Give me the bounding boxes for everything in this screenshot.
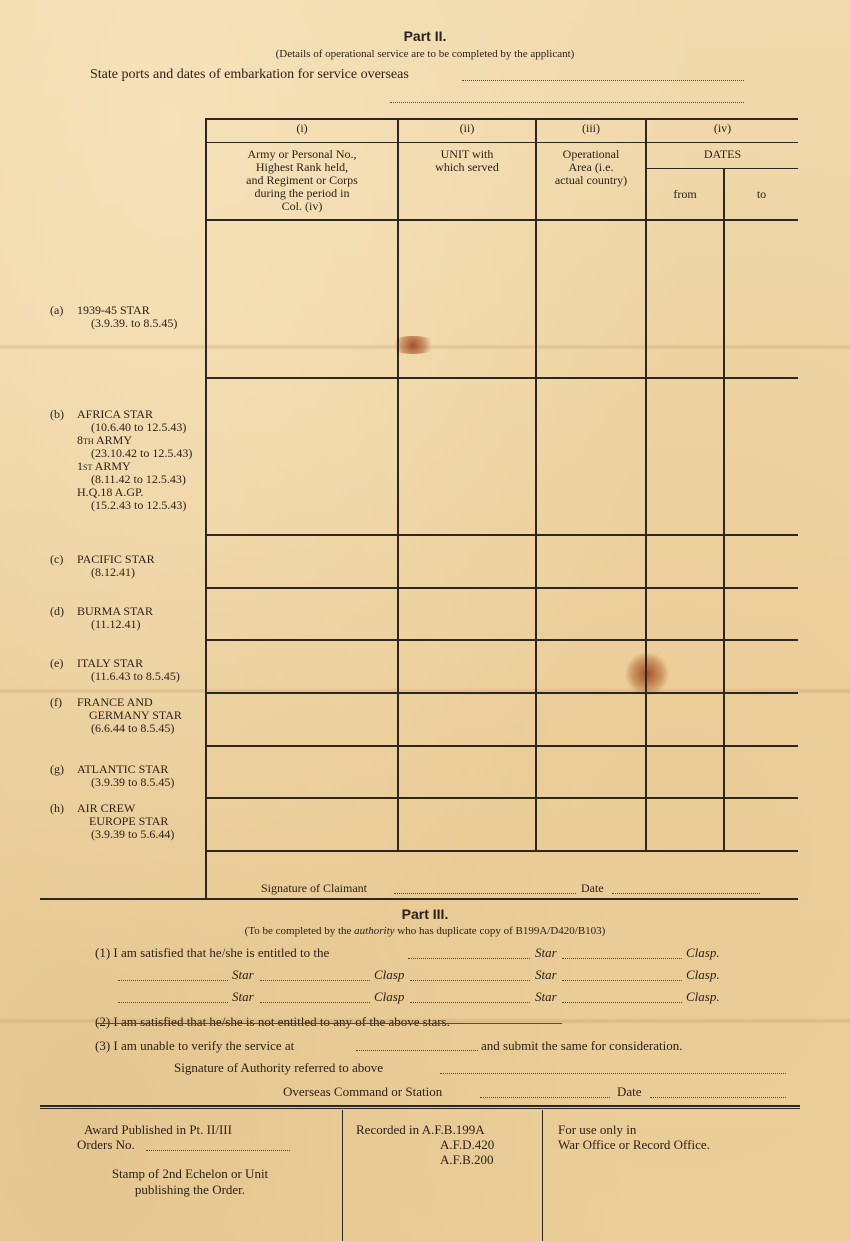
part3-title: Part III. <box>0 906 850 922</box>
header-line: Col. (iv) <box>207 200 397 213</box>
medal-name: ATLANTIC STAR <box>77 762 168 776</box>
rust-stain <box>624 652 670 696</box>
orders-no-field[interactable] <box>146 1150 290 1151</box>
subtitle-text: who has duplicate copy of B199A/D420/B10… <box>395 925 606 937</box>
col-header-army-no: Army or Personal No., Highest Rank held,… <box>207 148 397 213</box>
col-header-unit: UNIT with which served <box>399 148 535 174</box>
row-separator <box>207 587 798 589</box>
col-header-dates: DATES <box>647 148 798 161</box>
orders-no-label: Orders No. <box>77 1138 135 1152</box>
row-letter: (f) <box>50 696 62 709</box>
item1-text: (1) I am satisfied that he/she is entitl… <box>95 946 329 960</box>
medal-name: PACIFIC STAR <box>77 552 155 566</box>
office-use-label: War Office or Record Office. <box>558 1138 710 1152</box>
clasp-field-1[interactable] <box>562 958 682 959</box>
row-separator <box>207 377 798 379</box>
col-header-to: to <box>725 188 798 201</box>
row-letter: (e) <box>50 657 63 670</box>
clasp-label: Clasp. <box>686 968 720 982</box>
row-letter: (c) <box>50 553 63 566</box>
subtitle-text: (To be completed by the <box>245 925 355 937</box>
clasp-label: Clasp <box>374 990 404 1004</box>
part-divider <box>40 898 798 900</box>
footer-rule-top <box>40 1105 800 1107</box>
footer-divider <box>542 1110 543 1241</box>
footer-rule-bottom <box>40 1108 800 1109</box>
table-top-border <box>205 118 798 120</box>
award-published-label: Award Published in Pt. II/III <box>84 1123 232 1137</box>
stamp-area[interactable] <box>44 1200 340 1240</box>
row-letter: (g) <box>50 763 64 776</box>
clasp-field-4[interactable] <box>260 1002 370 1003</box>
row-separator <box>207 692 798 694</box>
clasp-field-3[interactable] <box>562 980 682 981</box>
cell-a-army-no[interactable] <box>207 221 397 377</box>
col-number-i: (i) <box>207 122 397 135</box>
command-date-field[interactable] <box>650 1097 786 1098</box>
item3-text: (3) I am unable to verify the service at <box>95 1039 294 1053</box>
star-label: Star <box>232 968 254 982</box>
row-separator <box>207 534 798 536</box>
medal-dates: (11.12.41) <box>77 618 153 631</box>
clasp-label: Clasp. <box>686 946 720 960</box>
item2-strikethrough <box>96 1023 562 1024</box>
stamp-label: Stamp of 2nd Echelon or Unit publishing … <box>40 1167 340 1197</box>
medal-dates: (8.12.41) <box>77 566 155 579</box>
cell-a-unit[interactable] <box>399 221 535 377</box>
authority-signature-label: Signature of Authority referred to above <box>174 1061 383 1075</box>
claimant-date-label: Date <box>581 882 604 895</box>
star-field-4[interactable] <box>118 1002 228 1003</box>
cell-a-from[interactable] <box>647 221 723 377</box>
cell-a-to[interactable] <box>725 221 798 377</box>
medal-name: AFRICA STAR <box>77 407 153 421</box>
medal-dates: (6.6.44 to 8.5.45) <box>77 722 182 735</box>
star-field-3[interactable] <box>410 980 530 981</box>
header-divider <box>207 142 798 143</box>
embarkation-field-line2[interactable] <box>390 102 744 103</box>
stamp-line: Stamp of 2nd Echelon or Unit <box>40 1167 340 1181</box>
medal-name: AIR CREW <box>77 801 135 815</box>
command-label: Overseas Command or Station <box>283 1085 442 1099</box>
item3-text-cont: and submit the same for consideration. <box>481 1039 682 1053</box>
medal-name: BURMA STAR <box>77 604 153 618</box>
authority-signature-field[interactable] <box>440 1073 786 1074</box>
row-separator <box>207 850 798 852</box>
claimant-signature-field[interactable] <box>394 893 576 894</box>
recorded-in-label: Recorded in A.F.B.199A <box>356 1123 485 1137</box>
recorded-form: A.F.B.200 <box>440 1153 494 1167</box>
star-field-2[interactable] <box>118 980 228 981</box>
embarkation-field[interactable] <box>462 80 744 81</box>
claimant-date-field[interactable] <box>612 893 760 894</box>
clasp-field-2[interactable] <box>260 980 370 981</box>
service-at-field[interactable] <box>356 1050 478 1051</box>
row-separator <box>207 639 798 641</box>
row-letter: (d) <box>50 605 64 618</box>
col-number-iv: (iv) <box>647 122 798 135</box>
medal-dates: (11.6.43 to 8.5.45) <box>77 670 180 683</box>
row-separator <box>207 797 798 799</box>
row-separator <box>207 745 798 747</box>
col-number-ii: (ii) <box>399 122 535 135</box>
medal-dates: (3.9.39 to 8.5.45) <box>77 776 174 789</box>
embarkation-label: State ports and dates of embarkation for… <box>90 67 409 83</box>
medal-dates: (3.9.39 to 5.6.44) <box>77 828 174 841</box>
row-letter: (b) <box>50 408 64 421</box>
star-label: Star <box>535 990 557 1004</box>
header-line: actual country) <box>537 174 645 187</box>
clasp-label: Clasp <box>374 968 404 982</box>
item2-text: (2) I am satisfied that he/she is not en… <box>95 1015 450 1029</box>
subtitle-emphasis: authority <box>354 925 394 937</box>
footer-divider <box>342 1110 343 1241</box>
star-field-5[interactable] <box>410 1002 530 1003</box>
star-label: Star <box>535 968 557 982</box>
medal-dates: (3.9.39. to 8.5.45) <box>77 317 177 330</box>
command-date-label: Date <box>617 1085 642 1099</box>
medal-name: FRANCE AND <box>77 695 153 709</box>
col-header-area: Operational Area (i.e. actual country) <box>537 148 645 187</box>
clasp-dates: (15.2.43 to 12.5.43) <box>77 499 192 512</box>
clasp-field-5[interactable] <box>562 1002 682 1003</box>
claimant-signature-label: Signature of Claimant <box>261 882 367 895</box>
row-letter: (h) <box>50 802 64 815</box>
dates-divider <box>647 168 798 169</box>
clasp-label: Clasp. <box>686 990 720 1004</box>
command-field[interactable] <box>480 1097 610 1098</box>
part3-subtitle: (To be completed by the authority who ha… <box>0 925 850 937</box>
recorded-form: A.F.D.420 <box>440 1138 494 1152</box>
medal-name: ITALY STAR <box>77 656 143 670</box>
cell-a-area[interactable] <box>537 221 645 377</box>
part2-subtitle: (Details of operational service are to b… <box>0 48 850 60</box>
col-number-iii: (iii) <box>537 122 645 135</box>
stamp-line: publishing the Order. <box>40 1183 340 1197</box>
medal-name: 1939-45 STAR <box>77 303 150 317</box>
star-label: Star <box>232 990 254 1004</box>
star-field-1[interactable] <box>408 958 530 959</box>
part2-title: Part II. <box>0 28 850 44</box>
row-letter: (a) <box>50 304 63 317</box>
col-header-from: from <box>647 188 723 201</box>
office-use-label: For use only in <box>558 1123 636 1137</box>
star-label: Star <box>535 946 557 960</box>
header-line: which served <box>399 161 535 174</box>
